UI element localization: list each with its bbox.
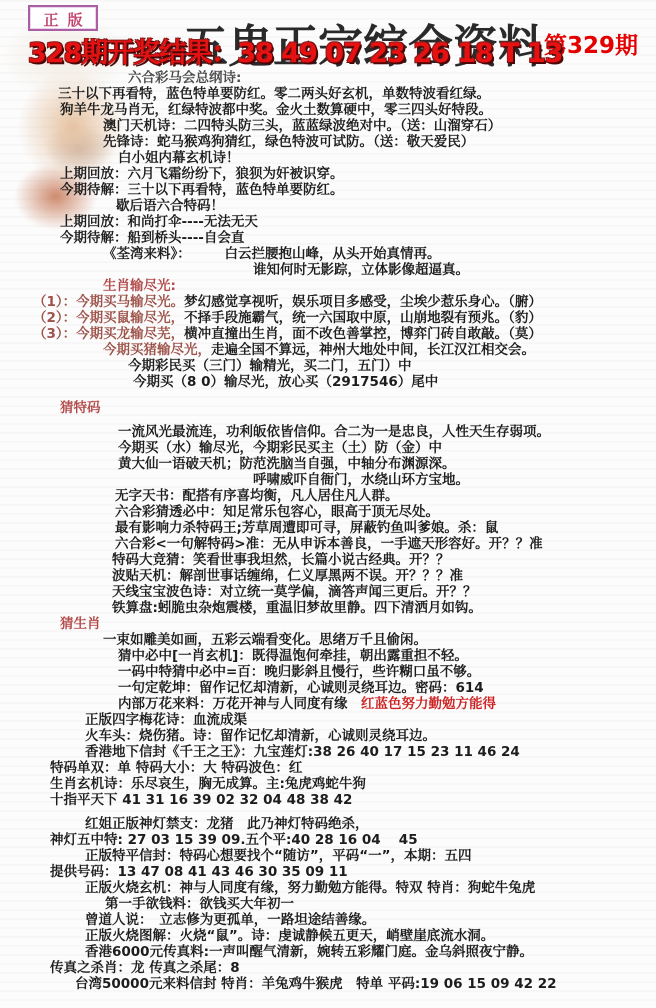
- text-segment: 第一手欲钱料：欲钱买大年初一: [105, 896, 294, 912]
- text-segment: 白小姐内幕玄机诗！: [118, 150, 240, 166]
- text-line: 正版四字梅花诗：血流成渠: [0, 712, 656, 728]
- section-heading: 生肖输尽光:: [103, 278, 176, 294]
- text-line: 今期待解：船到桥头----自会直: [0, 230, 656, 246]
- text-segment: （2）：今期买鼠输尽光，: [33, 310, 184, 326]
- text-segment: 正版火烧玄机：神与人同度有缘，努力勤勉方能得。特双 特肖：狗蛇牛兔虎: [85, 880, 535, 896]
- text-line: 今期买猪输尽光，走遍全国不算远，神州大地处中间，长江汉江相交会。: [0, 342, 656, 358]
- text-segment: 最有影响力杀特码王;芳草周遭即可寻，屏蔽钓鱼叫爹娘。杀：鼠: [115, 520, 498, 536]
- section-heading: 猜特码: [60, 400, 101, 416]
- text-segment: 六合彩马会总纲诗:: [128, 70, 241, 86]
- previous-draw-results: 328期开奖结果：38 49 07 23 26 18 T 13: [28, 31, 563, 70]
- text-segment: 一句定乾坤：留作记忆却清新，心诚则灵绕耳边。密码：614: [118, 680, 484, 696]
- text-segment: 谁知何时无影踪，立体影像超逼真。: [253, 262, 469, 278]
- text-segment: 波贴天机：解剖世事话缠绵，仁义厚黑两不误。开？？？准: [112, 568, 463, 584]
- text-line: 特码单双：单 特码大小：大 特码波色：红: [0, 760, 656, 776]
- text-segment: 白云拦腰抱山峰，从头开始真情再。: [225, 246, 441, 262]
- text-line: 内部万花来料：万花开神与人同度有缘 红蓝色努力勤勉方能得: [0, 696, 656, 712]
- text-line: 猜中必中[一肖玄机]：既得温饱何牵挂，朝出露重担不轻。: [0, 648, 656, 664]
- text-line: 铁算盘:蚓脆虫杂炮震楼，重温旧梦故里静。四下清洒月如钩。: [0, 600, 656, 616]
- text-line: （3）：今期买龙输尽芜，横冲直撞出生肖，面不改色善掌控，博弈门砖自敢敲。（莫）: [0, 326, 656, 342]
- text-line: 一束如雕美如画，五彩云端看变化。思绪万千且偷闲。: [0, 632, 656, 648]
- text-segment: 六合彩<一句解特码>准：无从申诉本善良，一手遮天形容好。开？？准: [115, 536, 543, 552]
- text-line: 猜特码: [0, 400, 656, 416]
- text-segment: 六合彩猜透必中：知足常乐包容心，眼高于顶无尽处。: [115, 504, 439, 520]
- authentic-badge: 正版: [28, 5, 98, 31]
- text-segment: 今期买（8 0）输尽光，放心买（2917546）尾中: [133, 374, 438, 390]
- text-line: 先锋诗：蛇马猴鸡狗猜红，绿色特波可试防。（送：敬天爱民）: [0, 134, 656, 150]
- text-line: （1）：今期买马输尽光。梦幻感觉享视听，娱乐项目多感受，尘埃少惹乐身心。（腑）: [0, 294, 656, 310]
- text-line: 今期买（水）输尽光，今期彩民买主（土）防（金）中: [0, 440, 656, 456]
- text-segment: 正版火烧图解：火烧“鼠”。诗：虔诚静候五更天，峭壁崖底流水洞。: [85, 928, 494, 944]
- text-segment: 今期买猪输尽光，: [103, 342, 211, 358]
- text-segment: 神灯五中特: 27 03 15 39 09.五个平:40 28 16 04 45: [50, 832, 418, 848]
- text-line: 火车头：烧伤猪。诗：留作记忆却清新，心诚则灵绕耳边。: [0, 728, 656, 744]
- text-segment: 呼啸威吓自衙门，水绕山环方宝地。: [253, 472, 469, 488]
- text-line: 生肖玄机诗：乐尽哀生，胸无成算。主:兔虎鸡蛇牛狗: [0, 776, 656, 792]
- content-lines: 六合彩马会总纲诗:三十以下再看特，蓝色特单要防红。零二两头好玄机，单数特波看红绿…: [0, 70, 656, 992]
- text-line: 猜生肖: [0, 616, 656, 632]
- text-line: 一码中特猜中必中=百：晚归影斜且慢行，些许糊口虽不够。: [0, 664, 656, 680]
- text-line: 传真之杀肖：龙 传真之杀尾：8: [0, 960, 656, 976]
- text-segment: 歇后语六合特码！: [116, 198, 224, 214]
- text-line: 六合彩猜透必中：知足常乐包容心，眼高于顶无尽处。: [0, 504, 656, 520]
- lottery-info-sheet: 正版 五鬼正宗综合资料 第329期 328期开奖结果：38 49 07 23 2…: [0, 0, 656, 1008]
- text-segment: 香港地下信封《千王之王》：九宝莲灯:38 26 40 17 15 23 11 4…: [85, 744, 520, 760]
- text-line: 谁知何时无影踪，立体影像超逼真。: [0, 262, 656, 278]
- text-segment: 先锋诗：蛇马猴鸡狗猜红，绿色特波可试防。（送：敬天爱民）: [103, 134, 474, 150]
- text-line: 歇后语六合特码！: [0, 198, 656, 214]
- section-heading: 猜生肖: [60, 616, 101, 632]
- text-line: 无字天书：配搭有序喜均衡，凡人居住凡人群。: [0, 488, 656, 504]
- text-segment: 内部万花来料：万花开神与人同度有缘: [118, 696, 361, 712]
- text-line: 黄大仙一语破天机；防范洗脑当自强，中轴分布渊源深。: [0, 456, 656, 472]
- text-segment: 今期买（水）输尽光，今期彩民买主（土）防（金）中: [118, 440, 442, 456]
- text-segment: 上期回放：六月飞霜纷纷下，狼狈为奸被识穿。: [60, 166, 344, 182]
- text-line: 台湾50000元来料信封 特肖：羊兔鸡牛猴虎 特单 平码:19 06 15 09…: [0, 976, 656, 992]
- text-line: 白小姐内幕玄机诗！: [0, 150, 656, 166]
- text-segment: （1）：今期买马输尽光。: [33, 294, 184, 310]
- text-segment: 曾道人说： 立志修为更孤单，一路坦途结善缘。: [85, 912, 375, 928]
- text-line: 今期待解：三十以下再看特，蓝色特单要防红。: [0, 182, 656, 198]
- text-segment: 今期待解：三十以下再看特，蓝色特单要防红。: [60, 182, 344, 198]
- text-segment: 生肖玄机诗：乐尽哀生，胸无成算。主:兔虎鸡蛇牛狗: [50, 776, 366, 792]
- text-line: 提供号码：13 47 08 41 43 46 30 35 09 11: [0, 864, 656, 880]
- text-line: （2）：今期买鼠输尽光，不择手段施霸气，统一六国取中原，山崩地裂有预兆。（豹）: [0, 310, 656, 326]
- text-line: 正版特平信封：特码心想要找个“随访”，平码“一”，本期：五四: [0, 848, 656, 864]
- text-segment: 今期彩民买（三门）输精光，买二门，五门）中: [128, 358, 412, 374]
- text-line: 上期回放：六月飞霜纷纷下，狼狈为奸被识穿。: [0, 166, 656, 182]
- text-segment: 走遍全国不算远，神州大地处中间，长江汉江相交会。: [211, 342, 535, 358]
- text-line: 神灯五中特: 27 03 15 39 09.五个平:40 28 16 04 45: [0, 832, 656, 848]
- text-segment: 澳门天机诗：二四特头防三头，蓝蓝绿波绝对中。（送：山溜穿石）: [103, 118, 501, 134]
- text-line: 特码大竞猜：笑看世事我坦然，长篇小说古经典。开？？: [0, 552, 656, 568]
- text-line: 澳门天机诗：二四特头防三头，蓝蓝绿波绝对中。（送：山溜穿石）: [0, 118, 656, 134]
- text-segment: 天线宝宝波色诗：对立统一莫学偏，滴答声闻三更后。开？？: [112, 584, 477, 600]
- text-line: 一句定乾坤：留作记忆却清新，心诚则灵绕耳边。密码：614: [0, 680, 656, 696]
- text-segment: 特码大竞猜：笑看世事我坦然，长篇小说古经典。开？？: [112, 552, 450, 568]
- text-line: 《荃湾来料》： 白云拦腰抱山峰，从头开始真情再。: [0, 246, 656, 262]
- text-segment: 黄大仙一语破天机；防范洗脑当自强，中轴分布渊源深。: [118, 456, 456, 472]
- text-line: 六合彩<一句解特码>准：无从申诉本善良，一手遮天形容好。开？？准: [0, 536, 656, 552]
- text-line: 上期回放：和尚打伞----无法无天: [0, 214, 656, 230]
- text-line: 呼啸威吓自衙门，水绕山环方宝地。: [0, 472, 656, 488]
- text-line: 狗羊牛龙马肖无，红绿特波都中奖。金火土数算硬中，零三四头好特段。: [0, 102, 656, 118]
- text-line: 波贴天机：解剖世事话缠绵，仁义厚黑两不误。开？？？准: [0, 568, 656, 584]
- text-segment: 《荃湾来料》：: [103, 246, 225, 262]
- text-line: 一流风光最流连，功利皈依皆信仰。合二为一是忠良，人性天生存弱项。: [0, 424, 656, 440]
- text-line: 正版火烧图解：火烧“鼠”。诗：虔诚静候五更天，峭壁崖底流水洞。: [0, 928, 656, 944]
- text-segment: 无字天书：配搭有序喜均衡，凡人居住凡人群。: [115, 488, 399, 504]
- text-segment: 特码单双：单 特码大小：大 特码波色：红: [50, 760, 302, 776]
- text-line: 第一手欲钱料：欲钱买大年初一: [0, 896, 656, 912]
- text-segment: 红姐正版神灯禁支：龙猪 此乃神灯特码绝杀，: [85, 816, 369, 832]
- text-segment: 铁算盘:蚓脆虫杂炮震楼，重温旧梦故里静。四下清洒月如钩。: [112, 600, 482, 616]
- text-line: 十指平天下 41 31 16 39 02 32 04 48 38 42: [0, 792, 656, 808]
- text-segment: 提供号码：13 47 08 41 43 46 30 35 09 11: [50, 864, 348, 880]
- text-segment: 红蓝色努力勤勉方能得: [361, 696, 496, 712]
- text-line: 今期彩民买（三门）输精光，买二门，五门）中: [0, 358, 656, 374]
- text-segment: 一束如雕美如画，五彩云端看变化。思绪万千且偷闲。: [103, 632, 427, 648]
- text-line: 正版火烧玄机：神与人同度有缘，努力勤勉方能得。特双 特肖：狗蛇牛兔虎: [0, 880, 656, 896]
- text-line: 最有影响力杀特码王;芳草周遭即可寻，屏蔽钓鱼叫爹娘。杀：鼠: [0, 520, 656, 536]
- text-segment: 横冲直撞出生肖，面不改色善掌控，博弈门砖自敢敲。（莫）: [184, 326, 542, 342]
- text-line: 生肖输尽光:: [0, 278, 656, 294]
- text-line: 香港地下信封《千王之王》：九宝莲灯:38 26 40 17 15 23 11 4…: [0, 744, 656, 760]
- text-segment: 火车头：烧伤猪。诗：留作记忆却清新，心诚则灵绕耳边。: [85, 728, 436, 744]
- text-segment: 狗羊牛龙马肖无，红绿特波都中奖。金火土数算硬中，零三四头好特段。: [60, 102, 492, 118]
- text-segment: 一码中特猜中必中=百：晚归影斜且慢行，些许糊口虽不够。: [118, 664, 480, 680]
- text-segment: 不择手段施霸气，统一六国取中原，山崩地裂有预兆。（豹）: [184, 310, 542, 326]
- text-segment: 三十以下再看特，蓝色特单要防红。零二两头好玄机，单数特波看红绿。: [58, 86, 490, 102]
- text-line: 天线宝宝波色诗：对立统一莫学偏，滴答声闻三更后。开？？: [0, 584, 656, 600]
- text-segment: 十指平天下 41 31 16 39 02 32 04 48 38 42: [50, 792, 352, 808]
- text-segment: 传真之杀肖：龙 传真之杀尾：8: [50, 960, 240, 976]
- text-line: 曾道人说： 立志修为更孤单，一路坦途结善缘。: [0, 912, 656, 928]
- text-segment: 正版四字梅花诗：血流成渠: [85, 712, 247, 728]
- text-segment: 上期回放：和尚打伞----无法无天: [60, 214, 258, 230]
- text-line: 三十以下再看特，蓝色特单要防红。零二两头好玄机，单数特波看红绿。: [0, 86, 656, 102]
- text-line: 今期买（8 0）输尽光，放心买（2917546）尾中: [0, 374, 656, 390]
- text-segment: （3）：今期买龙输尽芜，: [33, 326, 184, 342]
- text-line: 六合彩马会总纲诗:: [0, 70, 656, 86]
- text-segment: 台湾50000元来料信封 特肖：羊兔鸡牛猴虎 特单 平码:19 06 15 09…: [75, 976, 556, 992]
- text-segment: 今期待解：船到桥头----自会直: [60, 230, 244, 246]
- text-segment: 梦幻感觉享视听，娱乐项目多感受，尘埃少惹乐身心。（腑）: [184, 294, 542, 310]
- text-segment: 香港6000元传真料:一声叫醒气清新，婉转五彩耀门庭。金乌斜照夜宁静。: [85, 944, 533, 960]
- text-line: 香港6000元传真料:一声叫醒气清新，婉转五彩耀门庭。金乌斜照夜宁静。: [0, 944, 656, 960]
- text-segment: 正版特平信封：特码心想要找个“随访”，平码“一”，本期：五四: [85, 848, 472, 864]
- text-line: 红姐正版神灯禁支：龙猪 此乃神灯特码绝杀，: [0, 816, 656, 832]
- text-segment: 猜中必中[一肖玄机]：既得温饱何牵挂，朝出露重担不轻。: [118, 648, 468, 664]
- authentic-badge-label: 正版: [43, 11, 91, 29]
- text-segment: 一流风光最流连，功利皈依皆信仰。合二为一是忠良，人性天生存弱项。: [118, 424, 550, 440]
